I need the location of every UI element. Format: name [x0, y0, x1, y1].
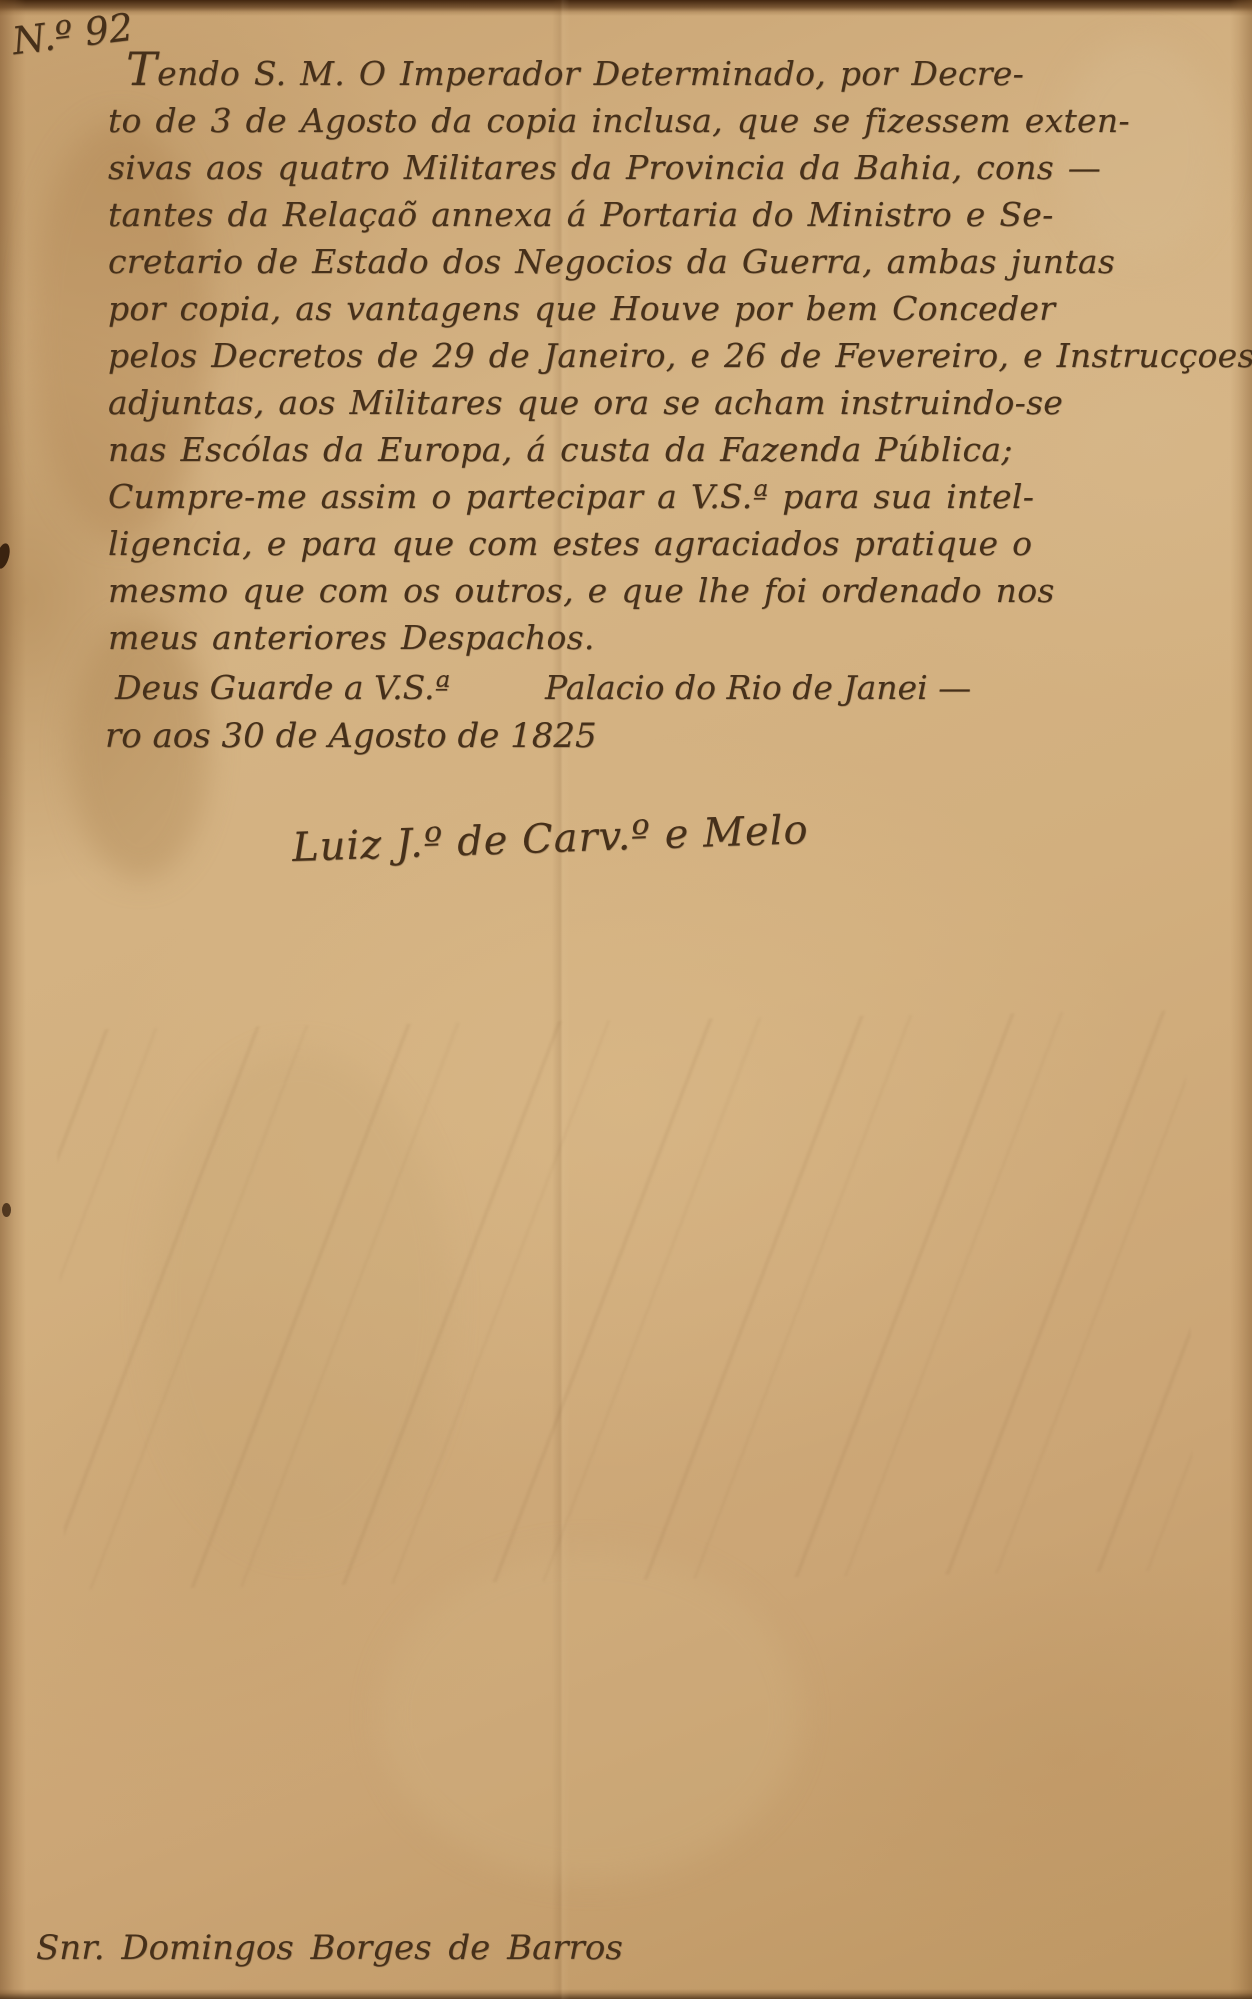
ink-blot [2, 1203, 11, 1217]
manuscript-line: Cumpre-me assim o partecipar a V.S.ª par… [108, 473, 1252, 520]
manuscript-line: sivas aos quatro Militares da Provincia … [108, 144, 1252, 191]
paper-stain [380, 1550, 800, 1880]
manuscript-line: to de 3 de Agosto da copia inclusa, que … [108, 97, 1252, 144]
manuscript-line: Tendo S. M. O Imperador Determinado, por… [108, 46, 1252, 97]
addressee-line: Snr. Domingos Borges de Barros [36, 1928, 623, 1968]
page-top-edge [0, 0, 1252, 16]
manuscript-line: mesmo que com os outros, e que lhe foi o… [108, 567, 1252, 614]
manuscript-line: meus anteriores Despachos. [108, 614, 1252, 661]
closing-salutation: Deus Guarde a V.S.ª [115, 668, 450, 707]
manuscript-line: ligencia, e para que com estes agraciado… [108, 520, 1252, 567]
manuscript-line: nas Escólas da Europa, á custa da Fazend… [108, 426, 1252, 473]
closing-row: Deus Guarde a V.S.ª Palacio do Rio de Ja… [115, 668, 1215, 707]
paper-stain [150, 1050, 450, 1550]
page-bottom-edge [0, 1989, 1252, 1999]
manuscript-line: adjuntas, aos Militares que ora se acham… [108, 379, 1252, 426]
manuscript-line: por copia, as vantagens que Houve por be… [108, 285, 1252, 332]
manuscript-line: cretario de Estado dos Negocios da Guerr… [108, 238, 1252, 285]
manuscript-line: tantes da Relaçaõ annexa á Portaria do M… [108, 191, 1252, 238]
manuscript-line: pelos Decretos de 29 de Janeiro, e 26 de… [108, 332, 1252, 379]
letter-body: Tendo S. M. O Imperador Determinado, por… [108, 46, 1252, 661]
page-left-edge [0, 0, 26, 1999]
closing-date-line: ro aos 30 de Agosto de 1825 [105, 716, 597, 756]
signature: Luiz J.º de Carv.º e Melo [291, 807, 809, 871]
closing-place: Palacio do Rio de Janei — [545, 668, 971, 707]
manuscript-page: N.º 92 Tendo S. M. O Imperador Determina… [0, 0, 1252, 1999]
